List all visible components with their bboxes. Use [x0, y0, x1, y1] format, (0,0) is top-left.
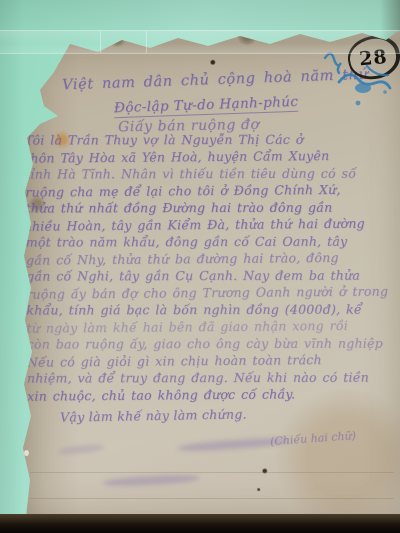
handwritten-line: ruộng ấy bán đợ cho ông Trương Oanh ngườ… — [26, 283, 398, 303]
ink-bleedthrough — [178, 436, 290, 453]
handwritten-line: gần cố Nhy, thửa thứ ba đường hai trào, … — [26, 249, 398, 269]
closing-line: Vậy làm khế này làm chứng. — [60, 406, 247, 424]
handwritten-line: khẩu, tính giá bạc là bốn nghìn đồng (40… — [26, 302, 398, 320]
handwritten-line: xin chuộc, chủ tao không được cố chầy. — [27, 385, 399, 405]
photo-stage: 28 Việt nam dân chủ cộng hoà năm thứ Độc… — [0, 0, 400, 533]
photo-bottom-shadow — [0, 514, 400, 533]
ink-bleedthrough — [58, 444, 104, 456]
handwritten-line: gần cố Nghi, tây gần Cụ Cạnh. Nay đem ba… — [26, 268, 398, 286]
tape-seam — [146, 31, 147, 53]
faint-ruled-line — [30, 498, 394, 499]
tape-seam — [100, 31, 101, 53]
blue-ink-scribble — [311, 48, 400, 116]
handwritten-line: tỉnh Hà Tĩnh. Nhân vì thiếu tiền tiêu dù… — [25, 166, 397, 184]
paper-edge-hole — [24, 450, 29, 456]
handwritten-line: một trào năm khẩu, đông gần cố Cai Oanh,… — [26, 234, 398, 252]
faint-ruled-line — [30, 472, 394, 473]
document-paper: 28 Việt nam dân chủ cộng hoà năm thứ Độc… — [18, 28, 400, 518]
handwritten-line: còn bao ruộng ấy, giao cho ông cày bừa v… — [27, 336, 399, 354]
handwritten-line: từ ngày làm khế hai bên đã giao nhận xon… — [26, 317, 398, 337]
handwritten-line: ruộng cha mẹ để lại cho tôi ở Đồng Chính… — [25, 181, 397, 201]
handwritten-line: nhiều Hoàn, tây gần Kiểm Đà, thửa thứ ha… — [24, 215, 396, 235]
handwritten-line: Tôi là Trần Thuy vợ là Nguyễn Thị Các ở — [25, 132, 397, 150]
handwritten-line: thửa thứ nhất đồng Đường hai trào đông g… — [25, 200, 397, 218]
ink-bleedthrough — [103, 473, 199, 487]
body-lines: Tôi là Trần Thuy vợ là Nguyễn Thị Các ởt… — [25, 130, 399, 405]
clear-tape-strip — [0, 30, 400, 54]
handwritten-line: thôn Tây Hòa xã Yên Hoà, huyện Cẩm Xuyên — [25, 147, 397, 167]
handwritten-line: nhiệm, và để truy đang đang. Nếu khi nào… — [27, 370, 399, 388]
motto-line: Độc-lập Tự-do Hạnh-phúc — [114, 94, 299, 118]
handwritten-line: Nếu có già giỏi gì xin chịu hoàn toàn tr… — [27, 351, 399, 371]
